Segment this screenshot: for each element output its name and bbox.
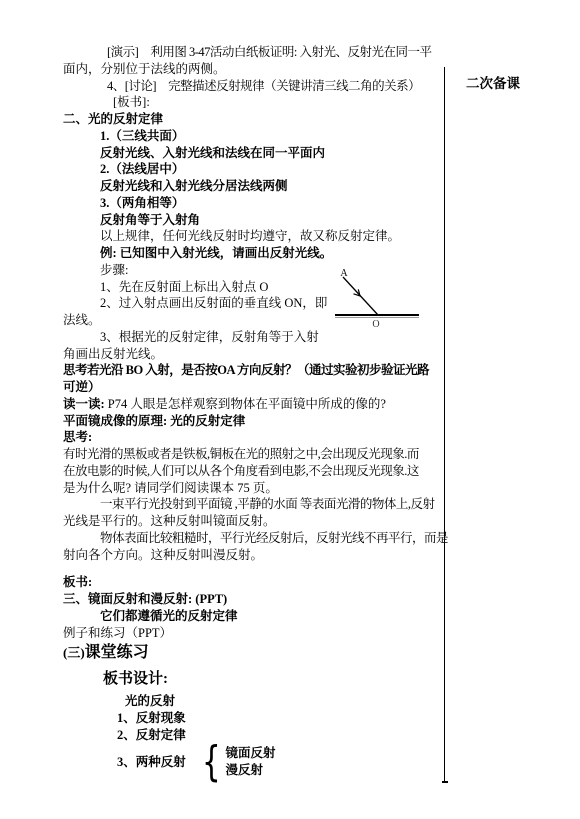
demo-line: [演示] 利用图 3-47活动白纸板证明: 入射光、反射光在同一平 [63, 44, 445, 61]
doc-line: 面内，分别位于法线的两侧。 [63, 61, 445, 78]
classroom-practice-heading: (三)课堂练习 [63, 641, 445, 665]
think-question-line: 可逆） [63, 379, 445, 396]
read-aloud-line: 读一读: P74 人眼是怎样观察到物体在平面镜中所成的像的? [63, 396, 445, 413]
read-aloud-text: P74 人眼是怎样观察到物体在平面镜中所成的像的? [105, 397, 386, 411]
mirror-imaging-principle-line: 平面镜成像的原理: 光的反射定律 [63, 413, 445, 430]
board-design-heading: 板书设计: [63, 667, 445, 691]
doc-line: 法线。 [63, 312, 445, 329]
think-label: 思考: [63, 429, 445, 446]
step-3-line: 3、根据光的反射定律，反射角等于入射 [63, 329, 445, 346]
board-design-item-1: 1、反射现象 [63, 710, 445, 727]
board-design-item-3: 3、两种反射 { 镜面反射 漫反射 [63, 742, 445, 782]
discussion-line: 4、[讨论] 完整描述反射规律（关键讲清三线二角的关系） [63, 78, 445, 95]
doc-line: 是为什么呢? 请同学们阅读课本 75 页。 [63, 480, 445, 497]
board-design-title: 光的反射 [63, 693, 445, 710]
rule-3-text: 反射角等于入射角 [63, 212, 445, 229]
blackboard-tag-line: [板书]: [63, 94, 445, 111]
rule-1-title: 1.（三线共面） [63, 128, 445, 145]
secondary-prep-note: 二次备课 [466, 72, 520, 92]
reflection-types-list: 镜面反射 漫反射 [226, 745, 276, 779]
spacer [63, 563, 445, 574]
section-heading-reflection-law: 二、光的反射定律 [63, 111, 445, 128]
example-line: 例: 已知图中入射光线，请画出反射光线。 [63, 245, 445, 262]
doc-line: 物体表面比较粗糙时，平行光经反射后，反射光线不再平行，而是 [63, 530, 445, 547]
two-kinds-label: 3、两种反射 [117, 754, 186, 771]
doc-line: 光线是平行的。这种反射叫镜面反射。 [63, 513, 445, 530]
rule-2-title: 2.（法线居中） [63, 161, 445, 178]
section-heading-mirror-diffuse: 三、镜面反射和漫反射: (PPT) [63, 591, 445, 608]
practice-section-title: 课堂练习 [85, 644, 149, 661]
doc-line: 角画出反射光线。 [63, 346, 445, 363]
doc-line: 有时光滑的黑板或者是铁板,铜板在光的照射之中,会出现反光现象.而 [63, 446, 445, 463]
doc-line: 它们都遵循光的反射定律 [63, 608, 445, 625]
mirror-reflection-label: 镜面反射 [226, 745, 276, 762]
steps-label: 步骤: [63, 262, 445, 279]
rule-1-text: 反射光线、入射光线和法线在同一平面内 [63, 145, 445, 162]
step-2-line: 2、过入射点画出反射面的垂直线 ON，即 [63, 295, 445, 312]
diffuse-reflection-label: 漫反射 [226, 762, 276, 779]
doc-line: 以上规律，任何光线反射时均遵守，故又称反射定律。 [63, 228, 445, 245]
lesson-plan-page: 二次备课 A O [演示] 利用图 3-47活动白纸板证明: 入射光、反射光在同… [0, 0, 580, 819]
step-1-line: 1、先在反射面上标出入射点 O [63, 279, 445, 296]
doc-line: 一束平行光投射到平面镜 ,平静的水面 等表面光滑的物体上,反射 [63, 496, 445, 513]
practice-section-number: (三) [63, 645, 85, 660]
doc-line: 射向各个方向。这种反射叫漫反射。 [63, 547, 445, 564]
think-question-line: 思考若光沿 BO 入射，是否按OA 方向反射？（通过实验初步验证光路 [63, 362, 445, 379]
doc-line: 在放电影的时候,人们可以从各个角度看到电影,不会出现反光现象.这 [63, 463, 445, 480]
rule-2-text: 反射光线和入射光线分居法线两侧 [63, 178, 445, 195]
lesson-content: [演示] 利用图 3-47活动白纸板证明: 入射光、反射光在同一平 面内，分别位… [63, 44, 445, 782]
examples-exercises-line: 例子和练习（PPT） [63, 625, 445, 642]
blackboard-note-label: 板书: [63, 574, 445, 591]
brace-icon: { [202, 742, 221, 782]
read-aloud-label: 读一读: [63, 397, 105, 411]
rule-3-title: 3.（两角相等） [63, 195, 445, 212]
